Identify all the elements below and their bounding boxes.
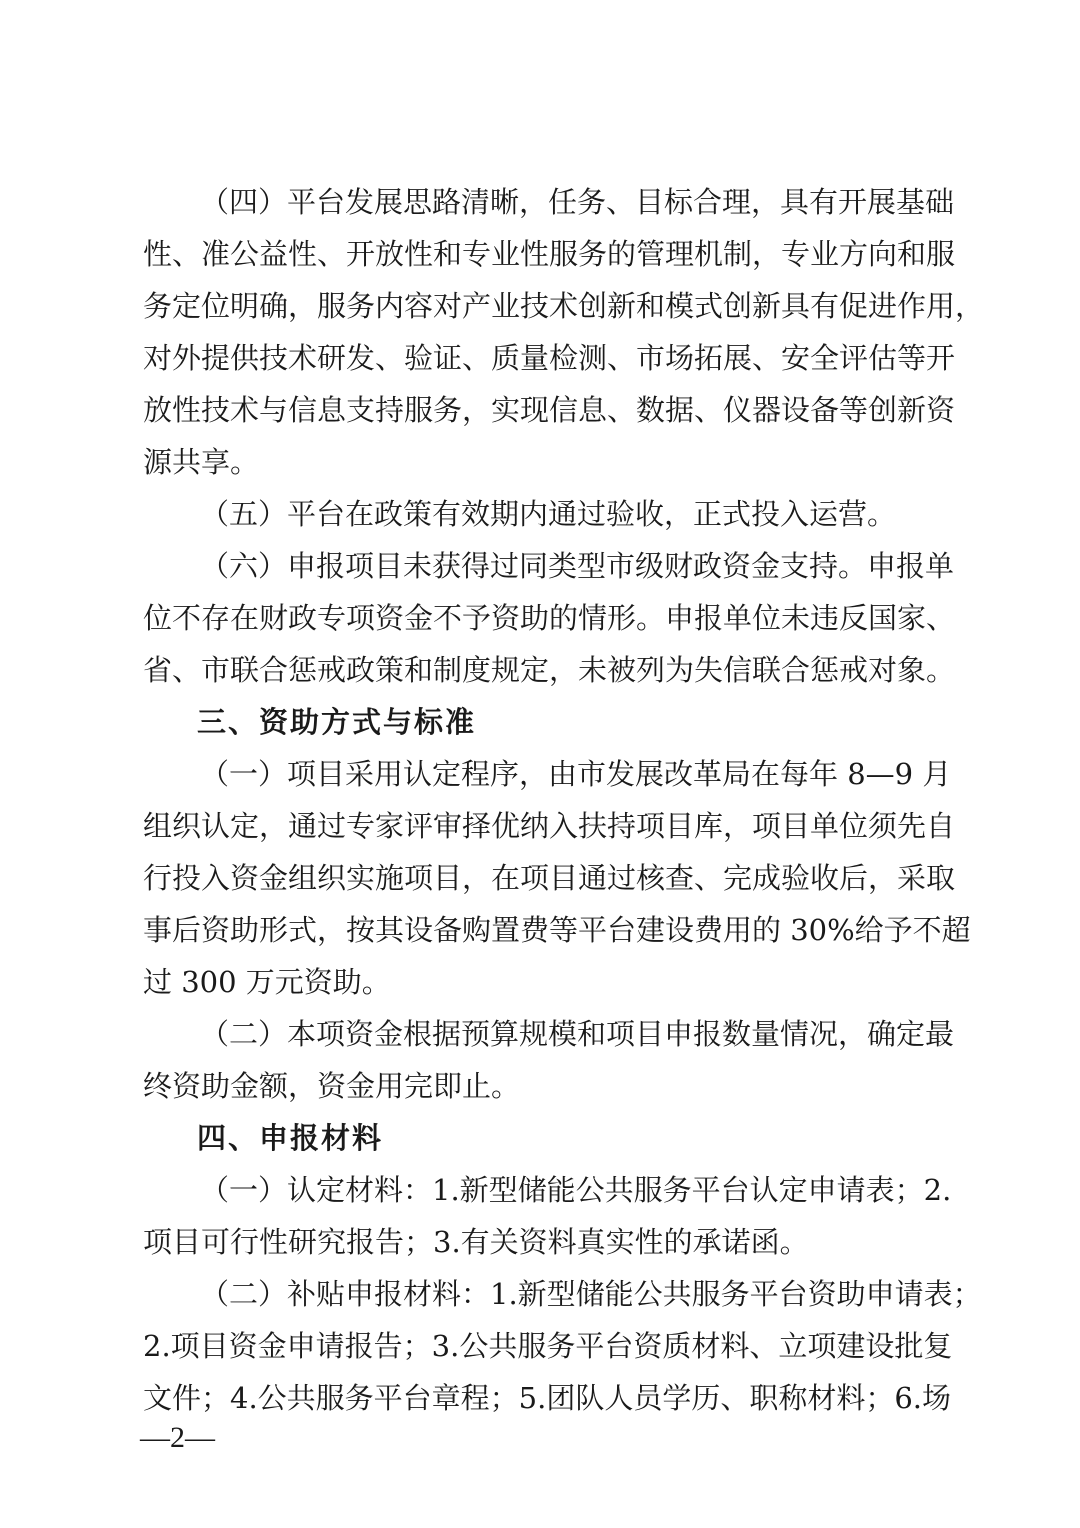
section-heading-4: 四、申报材料 — [197, 1118, 997, 1158]
paragraph-4-line-2: 性、准公益性、开放性和专业性服务的管理机制，专业方向和服 — [143, 234, 943, 274]
paragraph-4-line-5: 放性技术与信息支持服务，实现信息、数据、仪器设备等创新资 — [143, 390, 943, 430]
section-3-item-1-line-2: 组织认定，通过专家评审择优纳入扶持项目库，项目单位须先自 — [143, 806, 943, 846]
paragraph-5: （五）平台在政策有效期内通过验收，正式投入运营。 — [200, 494, 943, 534]
section-3-item-1-line-5: 过 300 万元资助。 — [143, 962, 943, 1002]
section-3-item-2-line-2: 终资助金额，资金用完即止。 — [143, 1066, 943, 1106]
section-4-item-2-line-3: 文件；4.公共服务平台章程；5.团队人员学历、职称材料；6.场 — [143, 1378, 943, 1418]
section-heading-3: 三、资助方式与标准 — [197, 702, 997, 742]
paragraph-4-line-3: 务定位明确，服务内容对产业技术创新和模式创新具有促进作用， — [143, 286, 943, 326]
section-3-item-1-line-1: （一）项目采用认定程序，由市发展改革局在每年 8—9 月 — [200, 754, 943, 794]
document-page: （四）平台发展思路清晰，任务、目标合理，具有开展基础 性、准公益性、开放性和专业… — [0, 0, 1080, 1528]
section-3-item-1-line-3: 行投入资金组织实施项目，在项目通过核查、完成验收后，采取 — [143, 858, 943, 898]
paragraph-4-line-1: （四）平台发展思路清晰，任务、目标合理，具有开展基础 — [200, 182, 943, 222]
section-4-item-2-line-2: 2.项目资金申请报告；3.公共服务平台资质材料、立项建设批复 — [143, 1326, 943, 1366]
paragraph-6-line-3: 省、市联合惩戒政策和制度规定，未被列为失信联合惩戒对象。 — [143, 650, 943, 690]
section-3-item-1-line-4: 事后资助形式，按其设备购置费等平台建设费用的 30%给予不超 — [143, 910, 943, 950]
paragraph-4-line-6: 源共享。 — [143, 442, 943, 482]
page-number: —2— — [140, 1420, 215, 1456]
paragraph-6-line-2: 位不存在财政专项资金不予资助的情形。申报单位未违反国家、 — [143, 598, 943, 638]
section-4-item-1-line-1: （一）认定材料：1.新型储能公共服务平台认定申请表；2. — [200, 1170, 943, 1210]
section-4-item-2-line-1: （二）补贴申报材料：1.新型储能公共服务平台资助申请表； — [200, 1274, 943, 1314]
section-3-item-2-line-1: （二）本项资金根据预算规模和项目申报数量情况，确定最 — [200, 1014, 943, 1054]
section-4-item-1-line-2: 项目可行性研究报告；3.有关资料真实性的承诺函。 — [143, 1222, 943, 1262]
paragraph-4-line-4: 对外提供技术研发、验证、质量检测、市场拓展、安全评估等开 — [143, 338, 943, 378]
paragraph-6-line-1: （六）申报项目未获得过同类型市级财政资金支持。申报单 — [200, 546, 943, 586]
